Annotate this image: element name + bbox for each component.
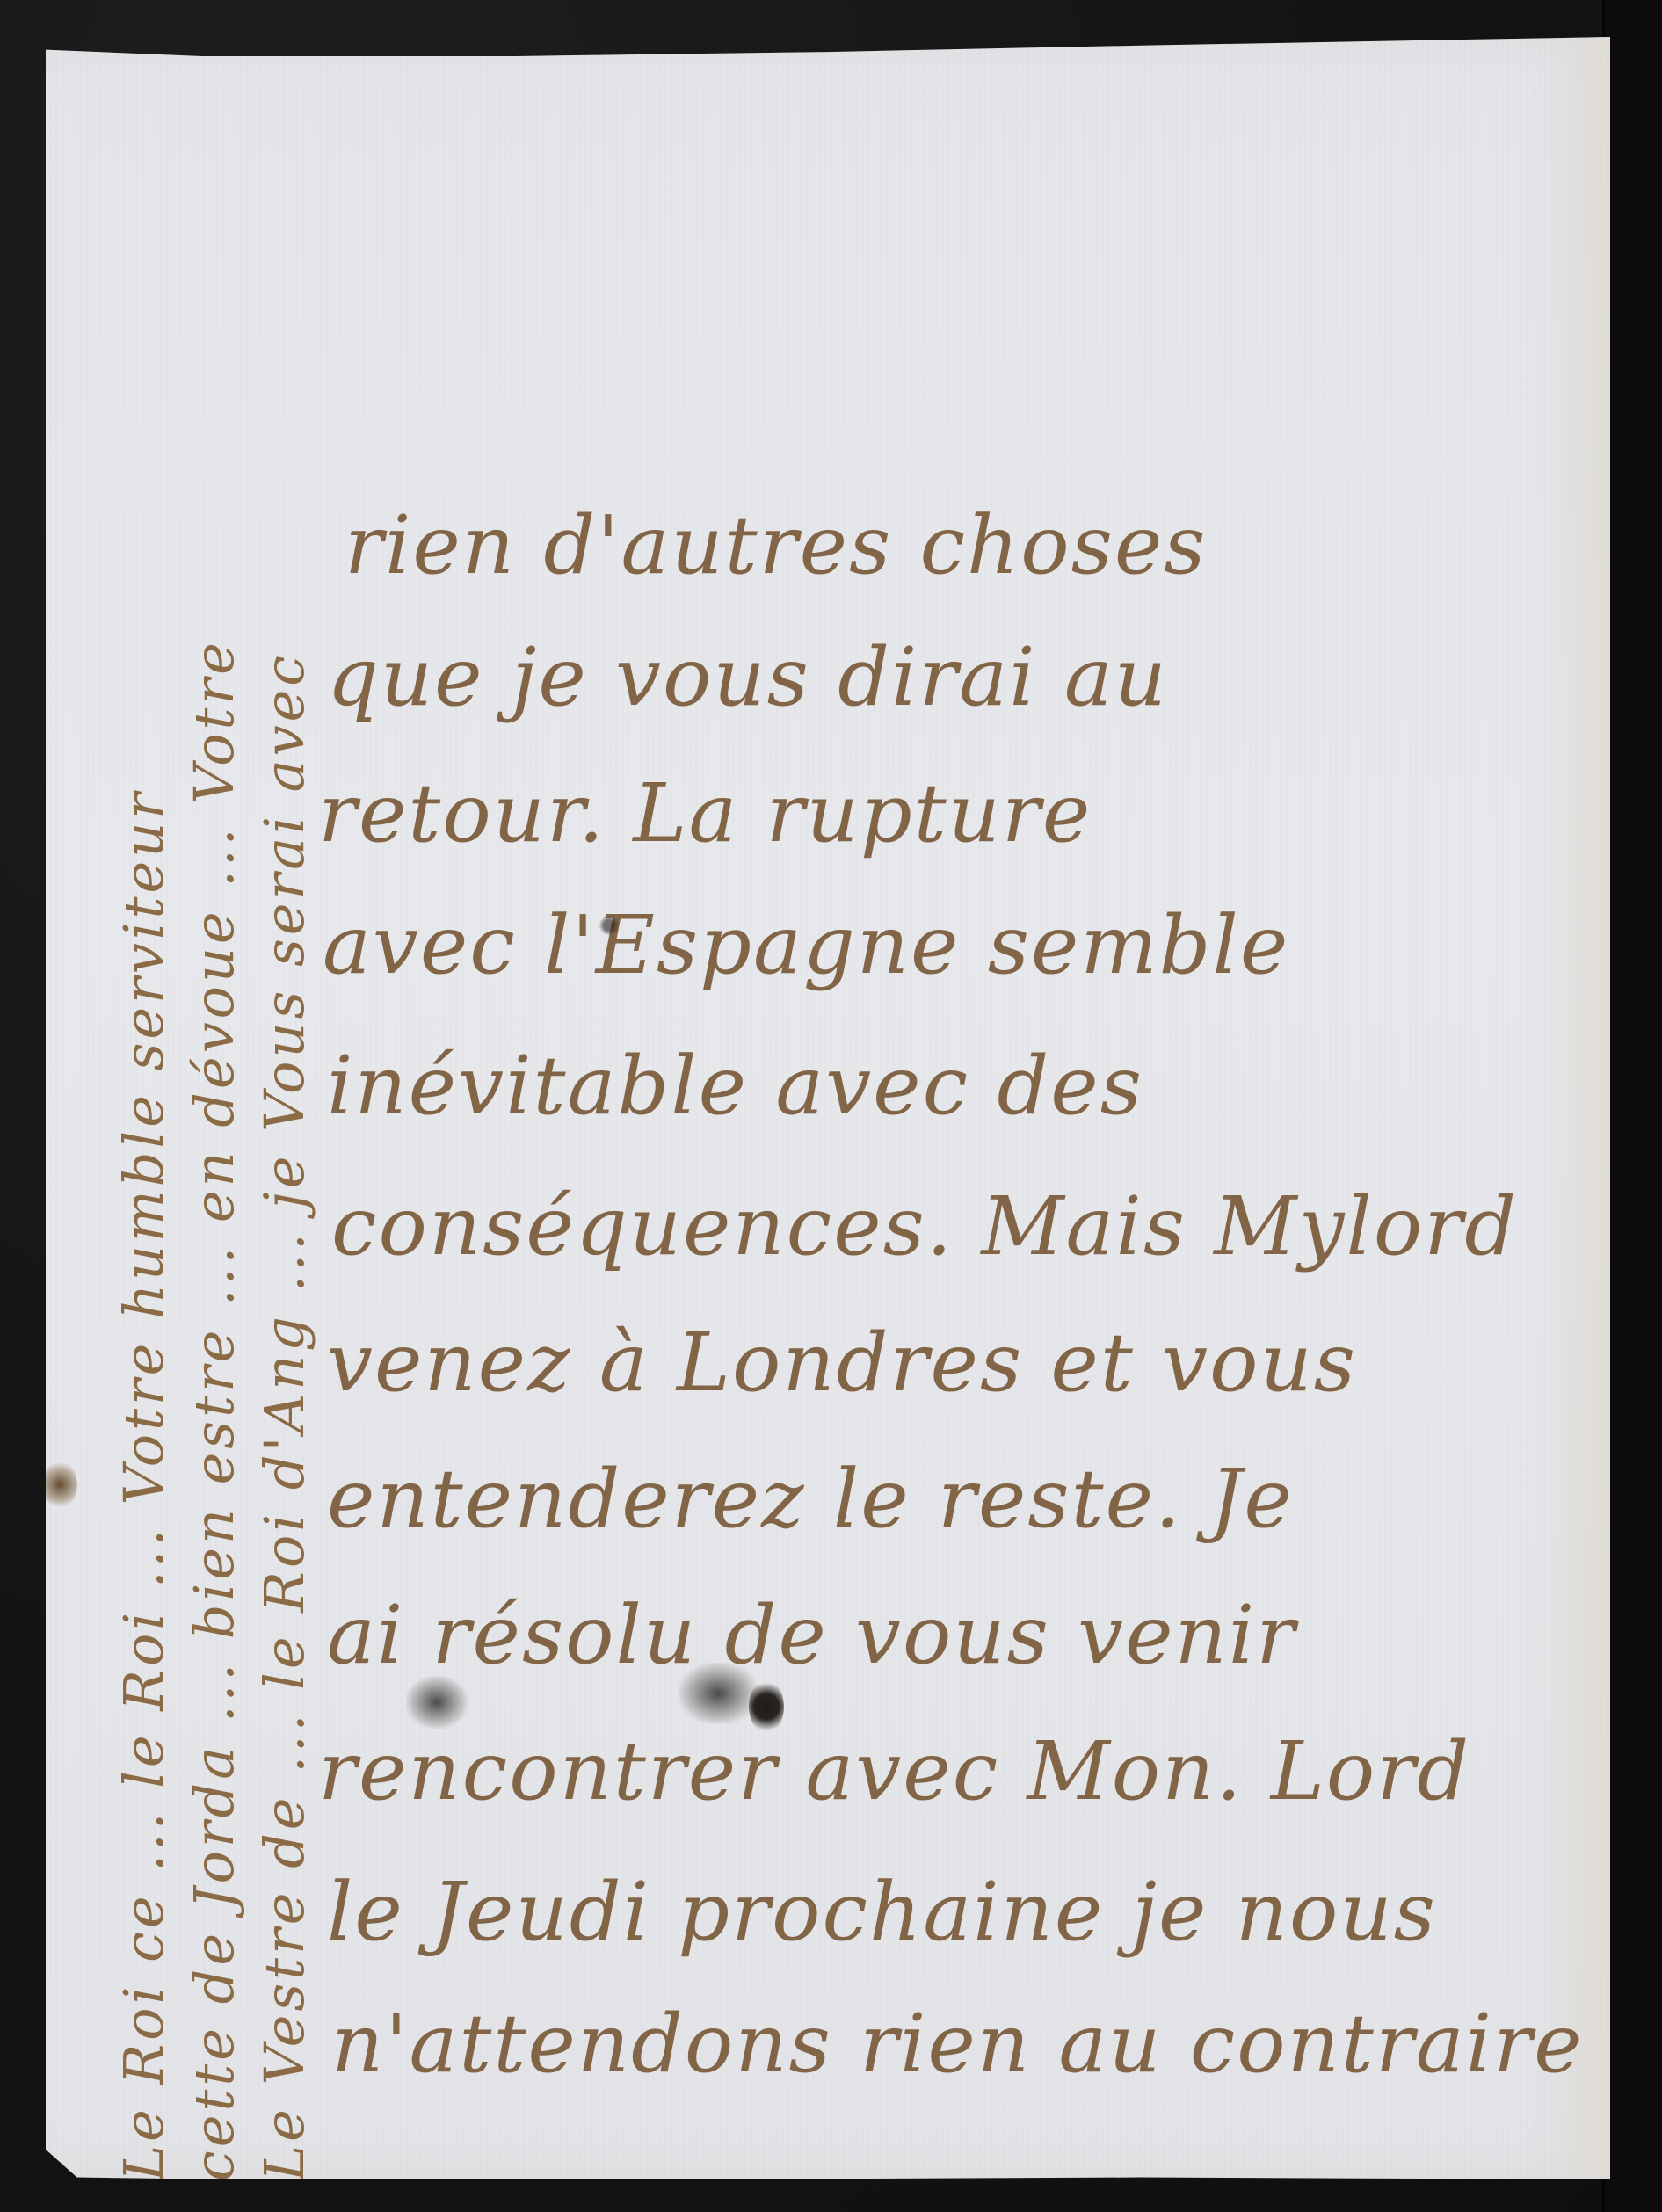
sheet-edge-shading: [1549, 37, 1610, 2179]
text-line-10: rencontrer avec Mon. Lord: [318, 1724, 1470, 1818]
ink-blot-mark: [749, 1680, 784, 1733]
text-line-11: le Jeudi prochaine je nous: [327, 1865, 1437, 1959]
ink-dot: [599, 916, 619, 935]
margin-line-3: Le Roi ce ... le Roi ... Votre humble se…: [112, 789, 176, 2181]
text-line-4: avec l'Espagne semble: [323, 898, 1289, 992]
text-line-8: entenderez le reste. Je: [327, 1452, 1294, 1546]
mount-board-edge: [1602, 0, 1662, 2212]
text-line-1: rien d'autres choses: [345, 498, 1208, 592]
text-line-2: que je vous dirai au: [327, 630, 1168, 724]
margin-line-1: Le Vestre de ... le Roi d'Ang ... je Vou…: [252, 652, 316, 2181]
text-line-7: venez à Londres et vous: [327, 1316, 1357, 1410]
margin-line-2: cette de Jorda ... bien estre ... en dév…: [182, 639, 246, 2181]
ink-smudge-mark: [679, 1663, 758, 1724]
ink-smudge-mark: [406, 1676, 468, 1729]
letter-sheet: Le Vestre de ... le Roi d'Ang ... je Vou…: [46, 37, 1610, 2179]
text-line-6: conséquences. Mais Mylord: [331, 1179, 1518, 1273]
text-line-5: inévitable avec des: [327, 1039, 1143, 1133]
text-line-9: ai résolu de vous venir: [327, 1588, 1296, 1682]
margin-annotation: Le Vestre de ... le Roi d'Ang ... je Vou…: [98, 160, 327, 2181]
text-line-12: n'attendons rien au contraire: [331, 1997, 1584, 2091]
text-line-3: retour. La rupture: [318, 766, 1092, 860]
edge-stain: [42, 1461, 77, 1509]
